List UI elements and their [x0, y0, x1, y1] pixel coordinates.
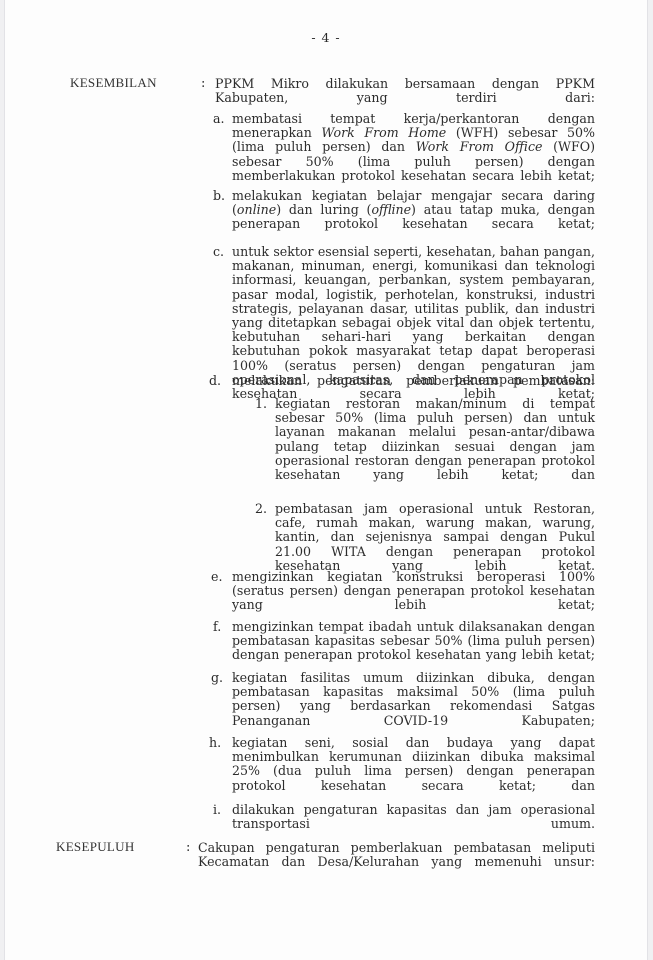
list-item-h: kegiatan seni, sosial dan budaya yang da…: [232, 736, 595, 807]
item-marker: b.: [213, 189, 225, 203]
list-item-g: kegiatan fasilitas umum diizinkan dibuka…: [232, 671, 595, 742]
section-intro-kesepuluh: Cakupan pengaturan pemberlakuan pembatas…: [198, 841, 595, 884]
item-text-italic: Work From Home: [321, 125, 446, 140]
section-colon: :: [186, 840, 190, 855]
section-label-kesepuluh: KESEPULUH: [56, 839, 135, 855]
section-colon: :: [201, 76, 205, 91]
sub-item-1: kegiatan restoran makan/minum di tempat …: [275, 397, 595, 496]
item-marker: a.: [213, 112, 225, 126]
item-marker: f.: [213, 620, 221, 634]
document-page: - 4 - KESEMBILAN : PPKM Mikro dilakukan …: [4, 0, 648, 960]
subitem-marker: 2.: [255, 502, 267, 516]
section-label-kesembilan: KESEMBILAN: [70, 75, 157, 91]
list-item-f: mengizinkan tempat ibadah untuk dilaksan…: [232, 620, 595, 677]
item-marker: c.: [213, 245, 224, 259]
list-item-b: melakukan kegiatan belajar mengajar seca…: [232, 189, 595, 246]
item-text-italic: offline: [371, 202, 411, 217]
list-item-a: membatasi tempat kerja/perkantoran denga…: [232, 112, 595, 197]
page-number: - 4 -: [5, 30, 647, 45]
subitem-marker: 1.: [255, 397, 267, 411]
item-marker: h.: [209, 736, 221, 750]
item-marker: e.: [211, 570, 222, 584]
item-marker: i.: [213, 803, 221, 817]
item-text: ) dan luring (: [276, 202, 371, 217]
item-marker: d.: [209, 374, 221, 388]
item-marker: g.: [211, 671, 223, 685]
item-text-italic: online: [237, 202, 276, 217]
item-text-italic: Work From Office: [416, 139, 543, 154]
